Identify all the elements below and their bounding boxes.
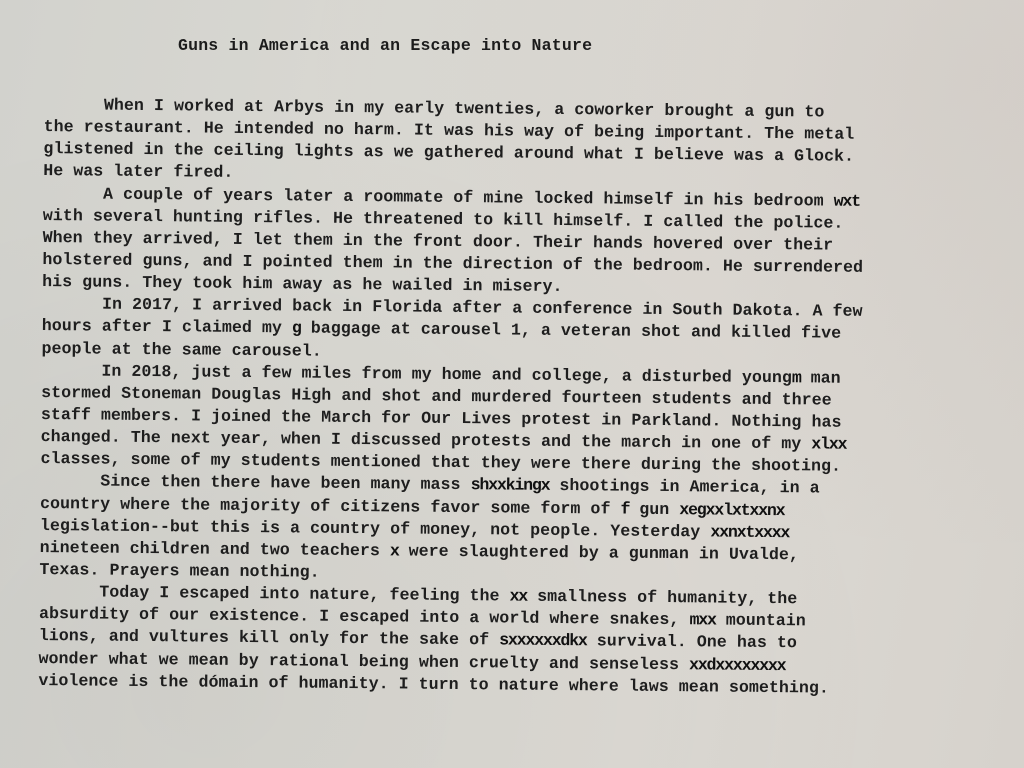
text-segment: hours after I claimed my xyxy=(42,316,292,337)
typed-over-correction: xxdxxxxxxxx xyxy=(689,655,786,675)
text-segment: smallness of humanity, the xyxy=(527,587,797,609)
paragraph: In 2018, just a few miles from my home a… xyxy=(40,360,981,480)
typed-over-correction: g xyxy=(292,319,301,338)
paragraph: Since then there have been many mass shx… xyxy=(39,470,980,590)
text-segment: Since then there have been many mass xyxy=(40,471,471,494)
text-segment: man xyxy=(801,368,841,387)
text-segment: Texas. Prayers mean nothing. xyxy=(39,560,319,582)
text-segment: gun xyxy=(629,499,679,518)
text-segment: country where the majority of citizens f… xyxy=(40,494,621,519)
typed-over-correction: wxt xyxy=(834,191,860,210)
text-segment: people at the same carousel. xyxy=(41,339,321,361)
text-segment: nineteen children and two teachers xyxy=(40,538,390,560)
typed-over-correction: xxnxtxxxx xyxy=(710,522,789,542)
document-title: Guns in America and an Escape into Natur… xyxy=(178,36,592,55)
typed-over-correction: xlxx xyxy=(811,434,846,453)
text-segment: Today I escaped into nature, feeling the xyxy=(39,582,510,606)
typewritten-page: Guns in America and an Escape into Natur… xyxy=(0,0,1024,768)
typed-over-correction: x xyxy=(390,541,399,560)
typed-over-correction: sxxxxxxdkx xyxy=(499,631,587,651)
typed-over-correction: xx xyxy=(509,587,527,606)
text-segment: were slaughtered by a gunman in Uvalde, xyxy=(399,541,799,564)
paragraph: A couple of years later a roommate of mi… xyxy=(42,183,983,303)
paragraph: When I worked at Arbys in my early twent… xyxy=(43,94,984,192)
text-segment: lions, and vultures kill only for the sa… xyxy=(39,626,500,649)
text-segment: baggage at carousel 1, a veteran shot an… xyxy=(301,319,842,343)
typed-over-correction: xegxxlxtxxnx xyxy=(679,500,784,520)
paragraph: Today I escaped into nature, feeling the… xyxy=(38,581,979,701)
typed-over-correction: mxx xyxy=(689,610,715,629)
document-body: When I worked at Arbys in my early twent… xyxy=(38,94,984,701)
typed-over-correction: shxxkingx xyxy=(471,476,550,496)
paragraph: In 2017, I arrived back in Florida after… xyxy=(41,293,982,368)
text-segment: He was later fired. xyxy=(43,161,233,182)
text-segment: mountain xyxy=(716,611,806,631)
text-segment: his guns. They took him away as he waile… xyxy=(42,272,563,296)
text-segment: survival. One has to xyxy=(587,632,797,653)
text-segment: shootings in America, in a xyxy=(549,476,819,498)
